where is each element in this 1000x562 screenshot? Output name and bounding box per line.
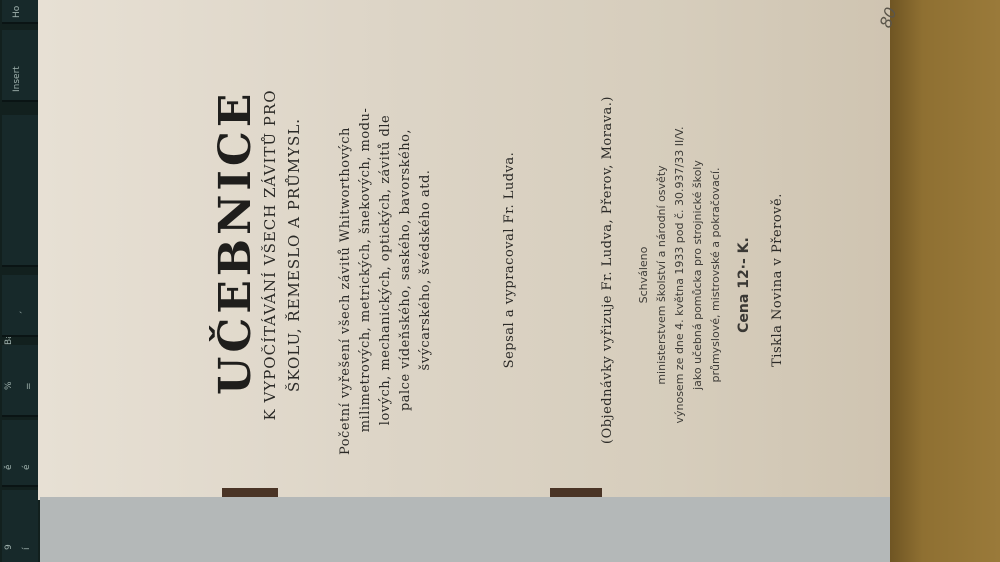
author-credit: Sepsal a vypracoval Fr. Ludva. <box>500 120 520 400</box>
stamp-line-2: ministerstvem školství a národní osvěty <box>652 110 671 440</box>
wooden-table <box>890 0 1000 562</box>
title-page: UČEBNICE K VYPOČÍTÁVÁNÍ VŠECH ZÁVITŮ PRO… <box>38 0 890 500</box>
price: Cena 12·- K. <box>736 230 752 340</box>
stamp-line-3: výnosem ze dne 4. května 1933 pod č. 30.… <box>670 110 689 440</box>
printer-credit: Tiskla Novina v Přerově. <box>768 165 788 395</box>
description-line-2: milimetrových, metrických, šnekových, mo… <box>356 85 376 455</box>
keyboard-key-accent: ´ <box>2 275 38 337</box>
description-line-4: palce vídeňského, saského, bavorského, <box>396 85 416 455</box>
description-line-5: švýcarského, švédského atd. <box>416 85 436 455</box>
keyboard: Ho Insert Backspace ´ %= ěé 9í <box>0 0 42 562</box>
stamp-line-5: průmyslové, mistrovské a pokračovací. <box>706 110 725 440</box>
keyboard-key-e-caron: ěé <box>2 420 38 487</box>
stamp-line-1: Schváleno <box>634 110 653 440</box>
keyboard-key-insert: Insert <box>2 30 38 102</box>
subtitle-line-2: ŠKOLU, ŘEMESLO A PRŮMYSL. <box>284 55 304 455</box>
orders-note: (Objednávky vyřizuje Fr. Ludva, Přerov, … <box>598 70 618 470</box>
keyboard-key-equals: %= <box>2 345 38 417</box>
subtitle-line-1: K VYPOČÍTÁVÁNÍ VŠECH ZÁVITŮ PRO <box>260 55 280 455</box>
keyboard-key-9: 9í <box>2 490 38 562</box>
stamp-line-4: jako učebná pomůcka pro strojnické školy <box>688 110 707 440</box>
description-line-3: lových, mechanických, optických, závitů … <box>376 85 396 455</box>
description-line-1: Početní vyřešení všech závitů Whitwortho… <box>336 85 356 455</box>
book-title: UČEBNICE <box>210 140 261 395</box>
keyboard-key-home: Ho <box>2 0 38 24</box>
keyboard-key-backspace: Backspace <box>2 115 38 267</box>
book-cover-edge <box>40 497 890 562</box>
